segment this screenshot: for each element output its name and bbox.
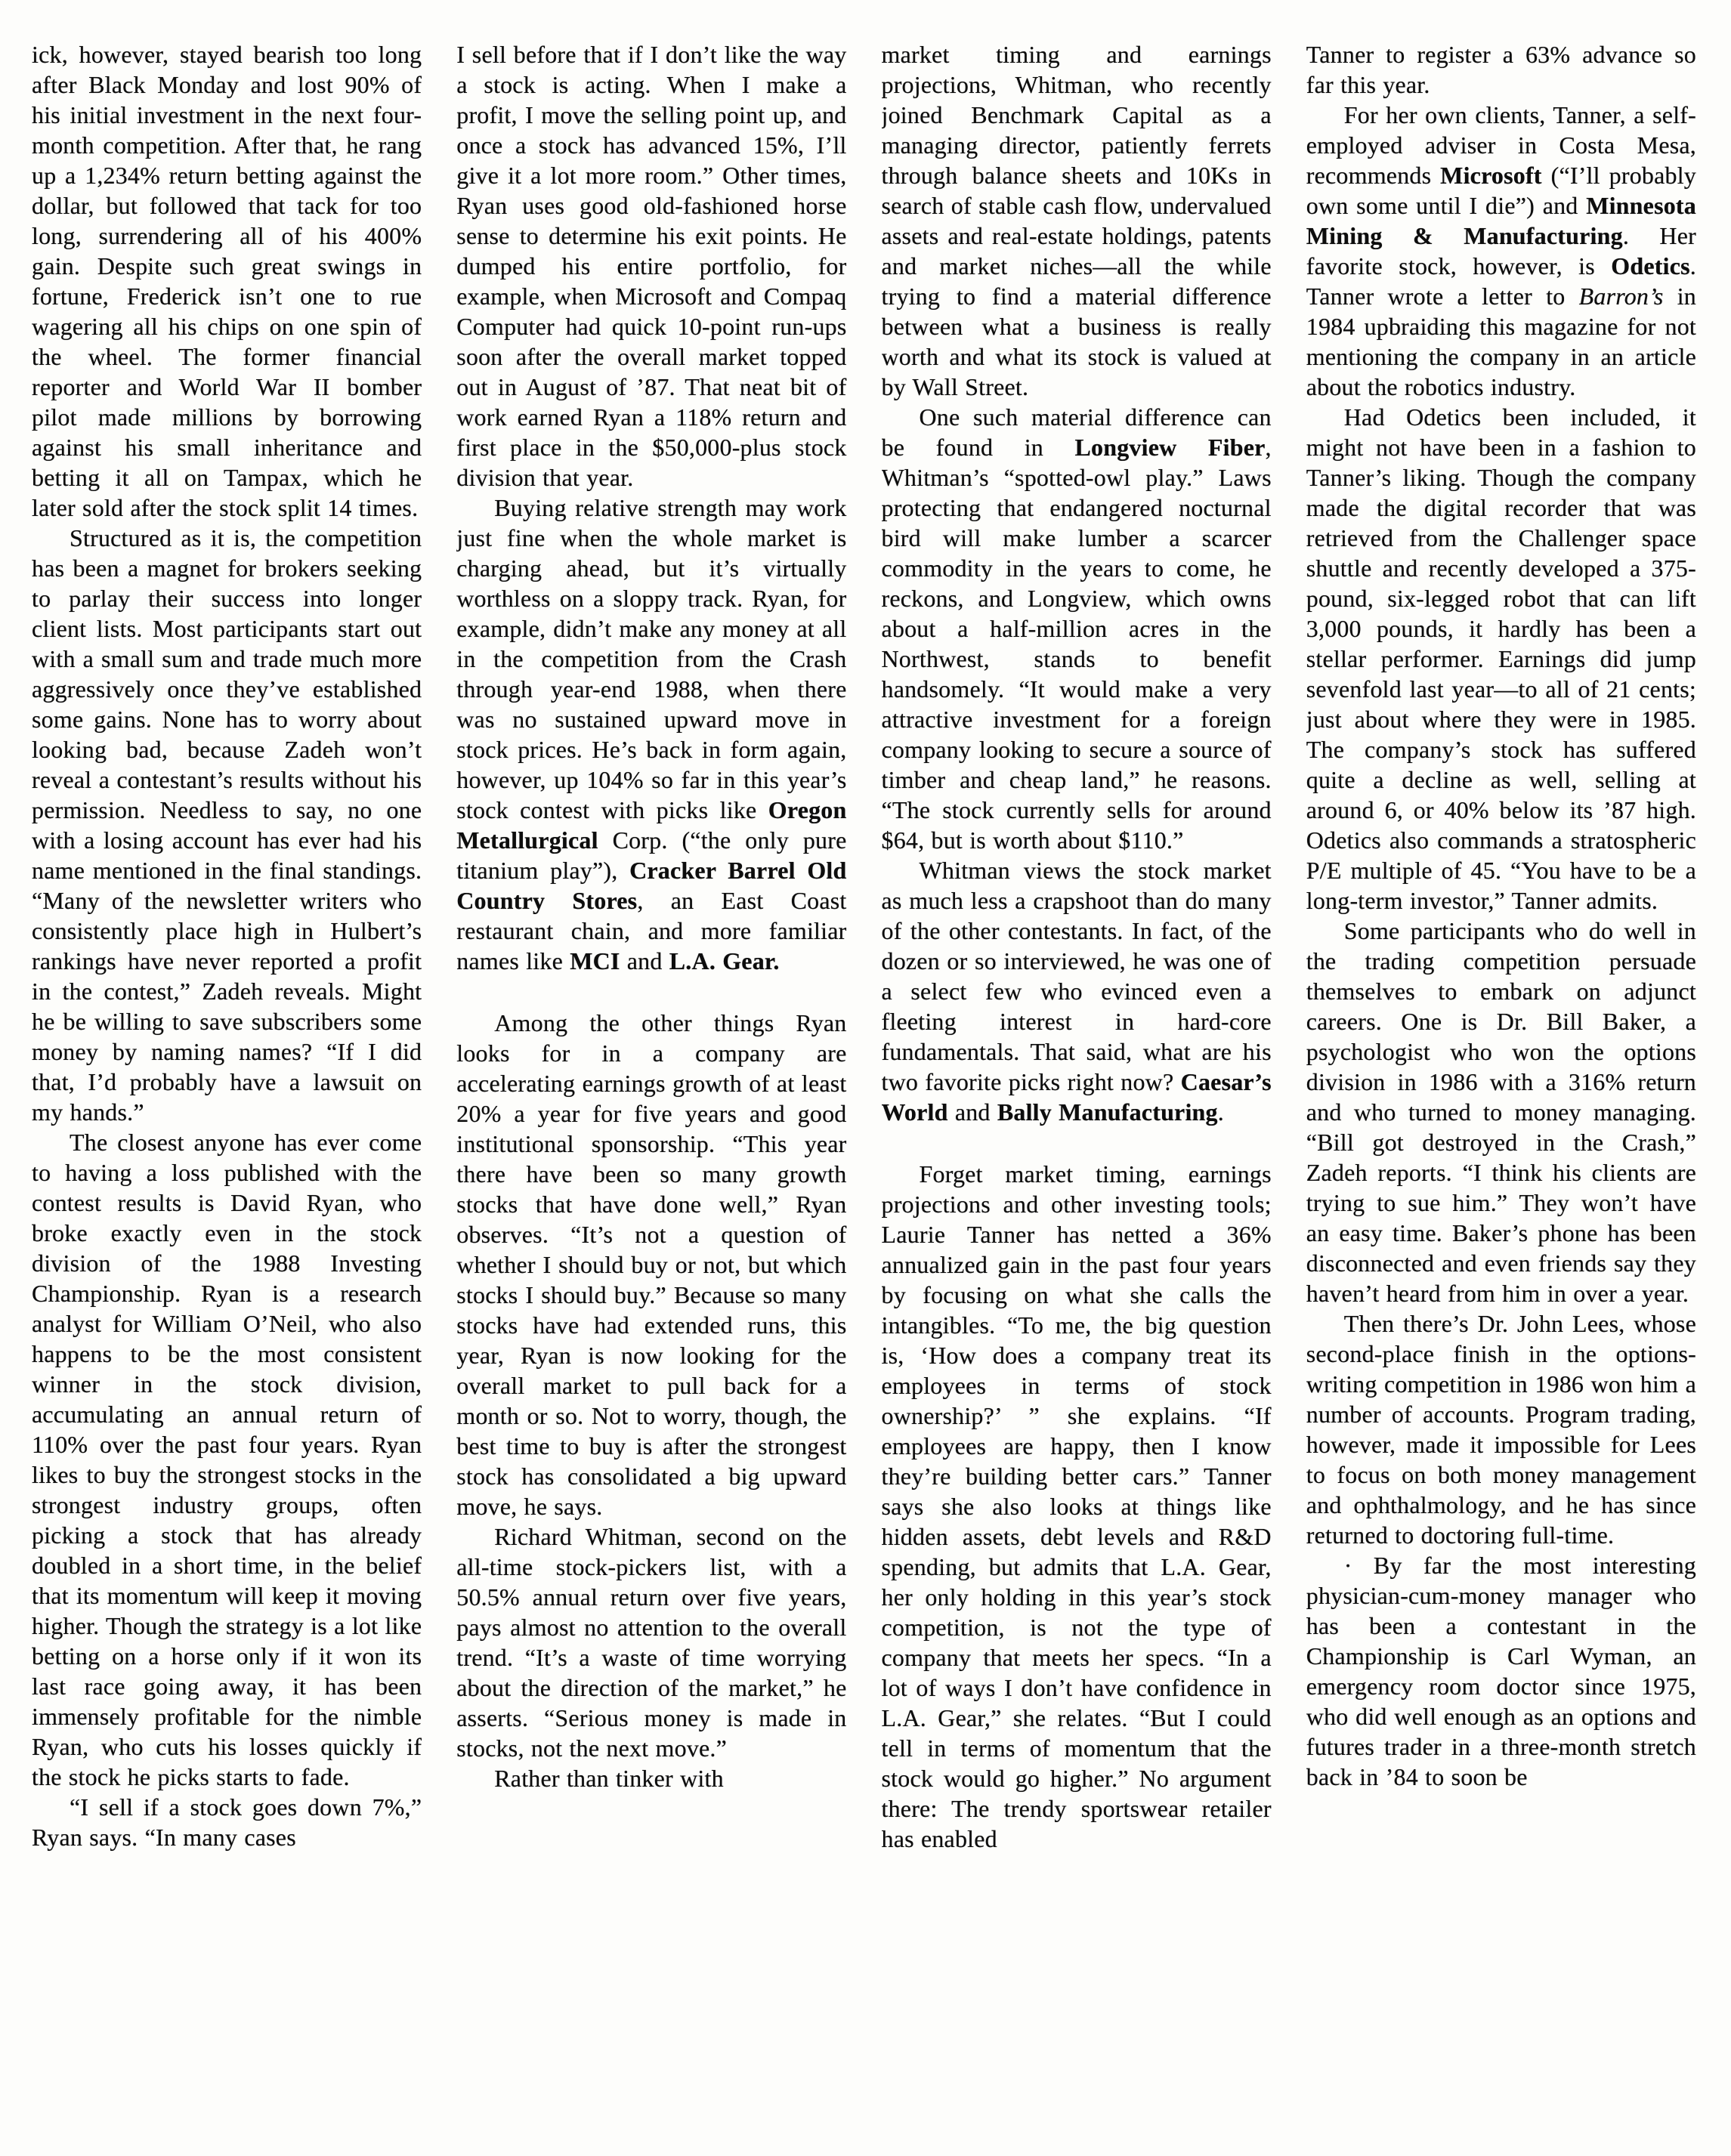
paragraph: ick, however, stayed bearish too long af… [32, 39, 422, 523]
paragraph: Some participants who do well in the tra… [1306, 916, 1696, 1308]
text-run: , Whitman’s “spotted-owl play.” Laws pro… [882, 434, 1272, 854]
article-column-4: Tanner to register a 63% advance so far … [1306, 39, 1696, 2126]
paragraph: Tanner to register a 63% advance so far … [1306, 39, 1696, 100]
article-column-2: I sell before that if I don’t like the w… [456, 39, 846, 2126]
paragraph: Had Odetics been included, it might not … [1306, 402, 1696, 916]
text-run: Rather than tinker with [494, 1765, 724, 1792]
text-run: and [620, 947, 669, 975]
text-run: Richard Whitman, second on the all-time … [456, 1523, 846, 1762]
bold-text-run: Odetics [1611, 252, 1690, 280]
text-run: Tanner to register a 63% advance so far … [1306, 41, 1696, 98]
paragraph: I sell before that if I don’t like the w… [456, 39, 846, 493]
bold-text-run: MCI [570, 947, 620, 975]
article-column-3: market timing and earnings projections, … [882, 39, 1272, 2126]
text-run: ick, however, stayed bearish too long af… [32, 41, 422, 521]
text-run: Structured as it is, the competition has… [32, 524, 422, 1126]
text-run: . [1218, 1098, 1224, 1126]
paragraph: Buying relative strength may work just f… [456, 493, 846, 976]
bold-text-run: L.A. Gear. [669, 947, 780, 975]
text-run: Forget market timing, earnings projectio… [882, 1160, 1272, 1852]
paragraph: Then there’s Dr. John Lees, whose second… [1306, 1308, 1696, 1550]
paragraph: · By far the most interesting physician-… [1306, 1550, 1696, 1792]
text-run: “I sell if a stock goes down 7%,” Ryan s… [32, 1793, 422, 1851]
newspaper-article-page: ick, however, stayed bearish too long af… [0, 0, 1731, 2156]
text-run: Then there’s Dr. John Lees, whose second… [1306, 1310, 1696, 1549]
bold-text-run: Microsoft [1440, 162, 1542, 189]
paragraph: “I sell if a stock goes down 7%,” Ryan s… [32, 1792, 422, 1852]
text-run: and [948, 1098, 997, 1126]
text-run: I sell before that if I don’t like the w… [456, 41, 846, 491]
text-run: Whitman views the stock market as much l… [882, 857, 1272, 1095]
paragraph: Rather than tinker with [456, 1763, 846, 1793]
paragraph: Richard Whitman, second on the all-time … [456, 1521, 846, 1763]
paragraph: Structured as it is, the competition has… [32, 523, 422, 1127]
text-run: Among the other things Ryan looks for in… [456, 1009, 846, 1520]
text-run: market timing and earnings projections, … [882, 41, 1272, 400]
article-columns: ick, however, stayed bearish too long af… [32, 39, 1696, 2126]
text-run: Buying relative strength may work just f… [456, 494, 846, 823]
paragraph: Among the other things Ryan looks for in… [456, 1008, 846, 1521]
paragraph: market timing and earnings projections, … [882, 39, 1272, 402]
bold-text-run: Bally Manufacturing [997, 1098, 1218, 1126]
text-run: · By far the most interesting physician-… [1306, 1552, 1696, 1790]
paragraph: Whitman views the stock market as much l… [882, 855, 1272, 1127]
text-run: Had Odetics been included, it might not … [1306, 403, 1696, 914]
paragraph: One such material difference can be foun… [882, 402, 1272, 855]
bold-text-run: Longview Fiber [1074, 434, 1265, 461]
article-column-1: ick, however, stayed bearish too long af… [32, 39, 422, 2126]
italic-text-run: Barron’s [1579, 283, 1664, 310]
paragraph: For her own clients, Tanner, a self-empl… [1306, 100, 1696, 402]
paragraph: Forget market timing, earnings projectio… [882, 1159, 1272, 1854]
text-run: Some participants who do well in the tra… [1306, 917, 1696, 1307]
text-run: The closest anyone has ever come to havi… [32, 1129, 422, 1790]
paragraph: The closest anyone has ever come to havi… [32, 1127, 422, 1792]
